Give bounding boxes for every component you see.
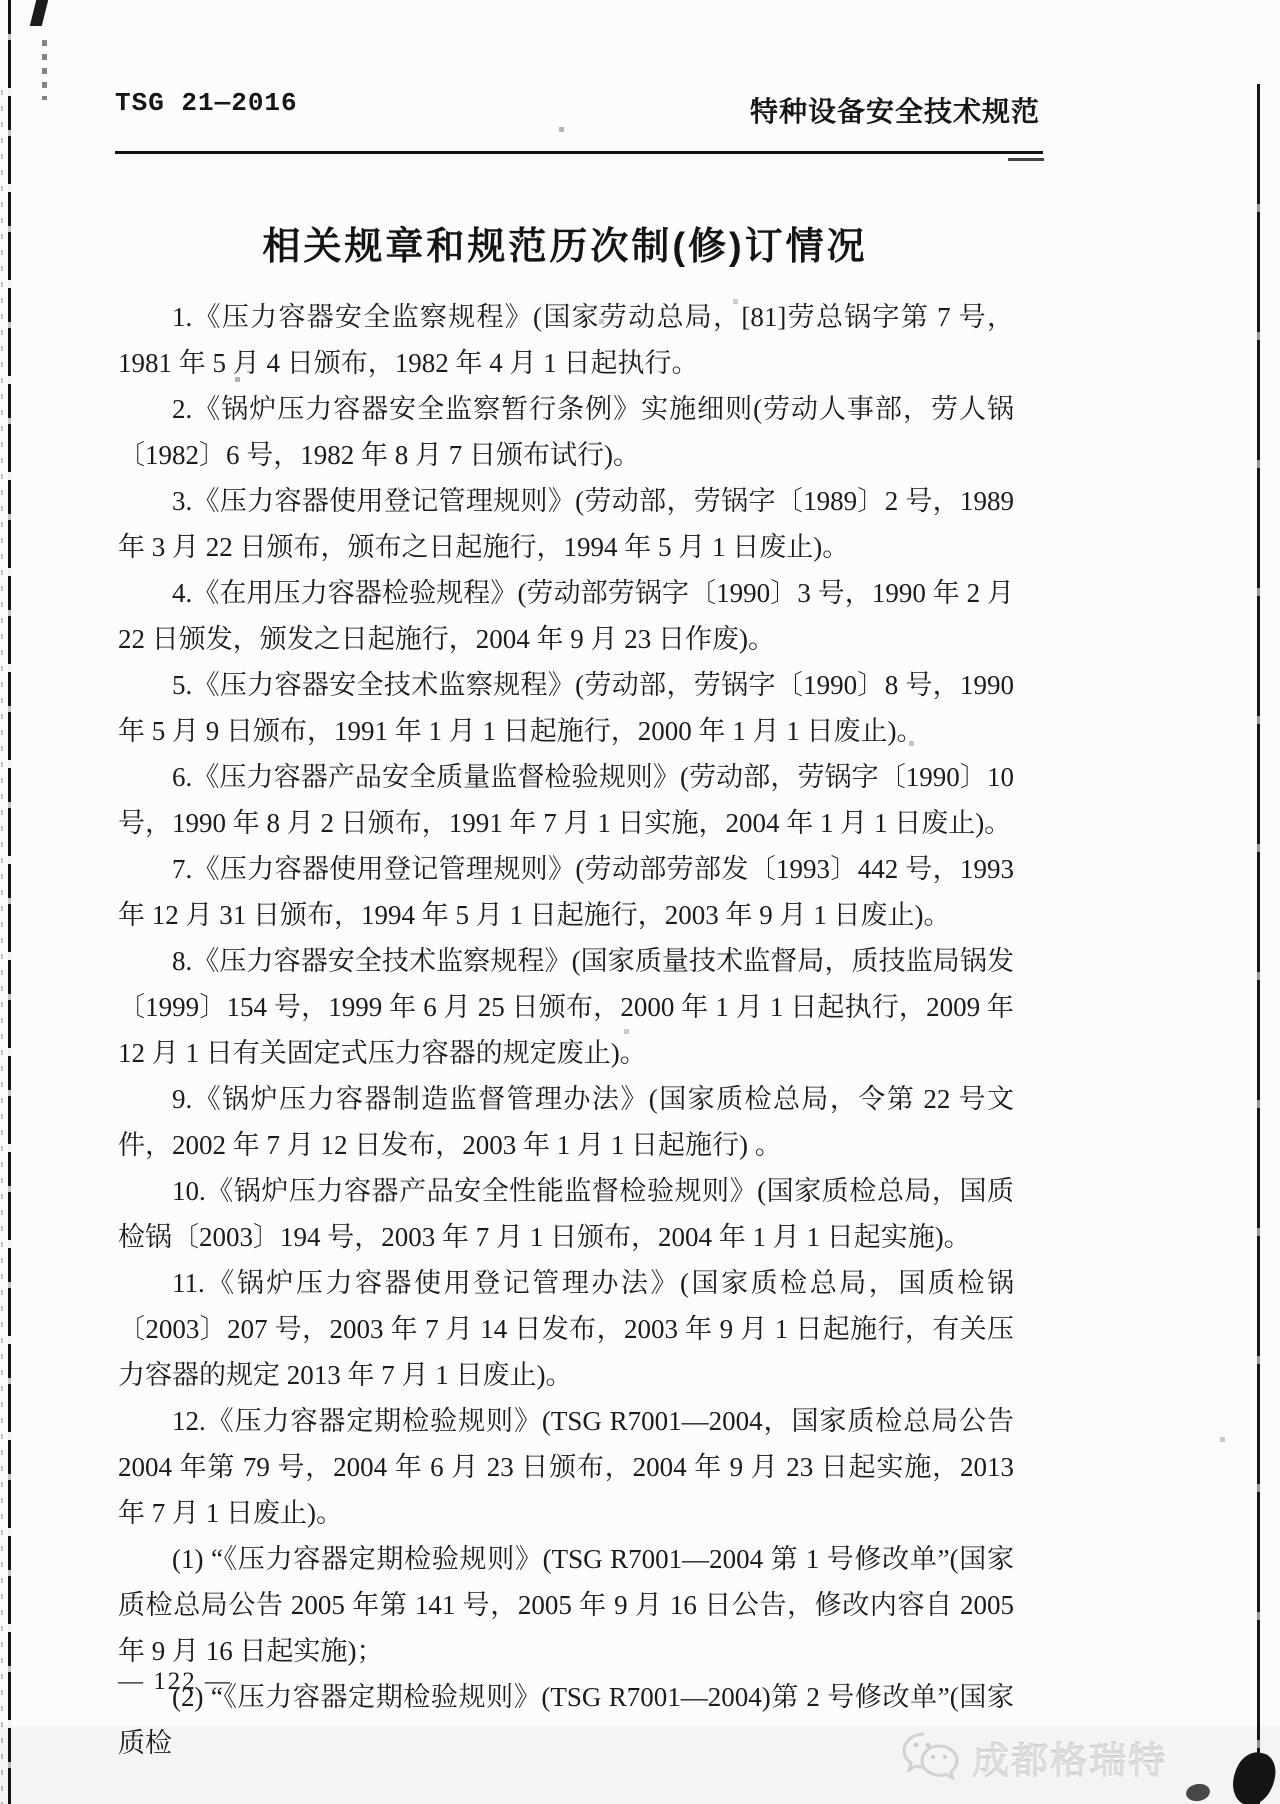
regulation-item-12: 12.《压力容器定期检验规则》(TSG R7001—2004，国家质检总局公告 …: [118, 1398, 1014, 1536]
scan-noise-line-left: [1, 90, 3, 1804]
regulation-item-1: 1.《压力容器安全监察规程》(国家劳动总局，[81]劳总锅字第 7 号，1981…: [118, 294, 1014, 386]
scan-edge-line-right: [1257, 84, 1260, 1804]
regulation-amendment-1: (1) “《压力容器定期检验规则》(TSG R7001—2004 第 1 号修改…: [118, 1536, 1014, 1674]
document-series-name: 特种设备安全技术规范: [750, 90, 1040, 130]
regulation-item-9: 9.《锅炉压力容器制造监督管理办法》(国家质检总局，令第 22 号文件，2002…: [118, 1076, 1014, 1168]
regulation-item-2: 2.《锅炉压力容器安全监察暂行条例》实施细则(劳动人事部，劳人锅〔1982〕6 …: [118, 386, 1014, 478]
wechat-icon: [900, 1730, 962, 1787]
regulation-amendment-2: (2) “《压力容器定期检验规则》(TSG R7001—2004)第 2 号修改…: [118, 1674, 1014, 1766]
scan-mark: [42, 40, 47, 100]
regulation-item-10: 10.《锅炉压力容器产品安全性能监督检验规则》(国家质检总局，国质检锅〔2003…: [118, 1168, 1014, 1260]
document-body: 1.《压力容器安全监察规程》(国家劳动总局，[81]劳总锅字第 7 号，1981…: [118, 294, 1014, 1766]
document-code: TSG 21—2016: [115, 88, 298, 118]
watermark-text: 成都格瑞特: [972, 1731, 1167, 1785]
regulation-item-7: 7.《压力容器使用登记管理规则》(劳动部劳部发〔1993〕442 号，1993 …: [118, 846, 1014, 938]
dust-specks: [0, 0, 3, 3]
page-number: — 122 —: [118, 1668, 232, 1696]
regulation-item-11: 11.《锅炉压力容器使用登记管理办法》(国家质检总局，国质检锅〔2003〕207…: [118, 1260, 1014, 1398]
page-title: 相关规章和规范历次制(修)订情况: [118, 215, 1012, 270]
regulation-item-6: 6.《压力容器产品安全质量监督检验规则》(劳动部，劳锅字〔1990〕10 号，1…: [118, 754, 1014, 846]
regulation-item-5: 5.《压力容器安全技术监察规程》(劳动部，劳锅字〔1990〕8 号，1990 年…: [118, 662, 1014, 754]
scan-edge-line-left: [8, 0, 11, 1804]
header-rule: [115, 151, 1043, 154]
regulation-item-3: 3.《压力容器使用登记管理规则》(劳动部，劳锅字〔1989〕2 号，1989 年…: [118, 478, 1014, 570]
watermark: 成都格瑞特: [900, 1728, 1230, 1788]
scan-mark: [30, 0, 48, 26]
regulation-item-8: 8.《压力容器安全技术监察规程》(国家质量技术监督局，质技监局锅发〔1999〕1…: [118, 938, 1014, 1076]
header-rule-fragment: [1008, 158, 1044, 161]
scanned-document-page: TSG 21—2016 特种设备安全技术规范 相关规章和规范历次制(修)订情况 …: [0, 0, 1280, 1804]
regulation-item-4: 4.《在用压力容器检验规程》(劳动部劳锅字〔1990〕3 号，1990 年 2 …: [118, 570, 1014, 662]
